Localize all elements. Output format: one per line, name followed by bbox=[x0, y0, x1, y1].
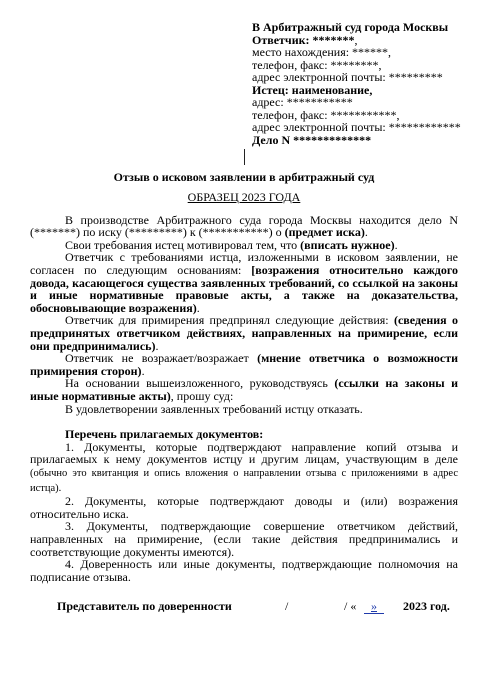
signature-label: Представитель по доверенности bbox=[57, 600, 232, 613]
attachment-item: 4. Доверенность или иные документы, подт… bbox=[30, 558, 458, 583]
attachment-item: 3. Документы, подтверждающие совершение … bbox=[30, 520, 458, 558]
text-run: Дело N ************* bbox=[252, 133, 371, 147]
paragraph: Ответчик с требованиями истца, изложенны… bbox=[30, 251, 458, 314]
attachment-item: 2. Документы, которые подтверждают довод… bbox=[30, 495, 458, 520]
text-cursor-mark bbox=[244, 149, 245, 165]
recipient-line: Дело N ************* bbox=[252, 134, 458, 147]
date-blank-mark: » bbox=[364, 600, 384, 614]
text-run: В удовлетворении заявленных требований и… bbox=[65, 402, 363, 416]
signature-year: 2023 год. bbox=[403, 600, 450, 613]
court-recipient-block: В Арбитражный суд города МосквыОтветчик:… bbox=[252, 21, 458, 146]
signature-line: Представитель по доверенности / / « » 20… bbox=[30, 600, 458, 616]
signature-slash-2: / « bbox=[344, 600, 356, 613]
paragraph: В удовлетворении заявленных требований и… bbox=[30, 403, 458, 416]
paragraph: На основании вышеизложенного, руководств… bbox=[30, 377, 458, 402]
paragraph: Ответчик не возражает/возражает (мнение … bbox=[30, 352, 458, 377]
text-run: 2. Документы, которые подтверждают довод… bbox=[30, 494, 458, 521]
paragraph: В производстве Арбитражного суда города … bbox=[30, 214, 458, 239]
attachments-list: 1. Документы, которые подтверждают напра… bbox=[30, 441, 458, 584]
body-paragraphs: В производстве Арбитражного суда города … bbox=[30, 214, 458, 416]
document-title: Отзыв о исковом заявлении в арбитражный … bbox=[30, 171, 458, 184]
text-run: 1. Документы, которые подтверждают напра… bbox=[30, 440, 458, 467]
document-page: В Арбитражный суд города МосквыОтветчик:… bbox=[0, 0, 488, 687]
document-subtitle: ОБРАЗЕЦ 2023 ГОДА bbox=[30, 191, 458, 204]
signature-slash-1: / bbox=[285, 600, 288, 613]
text-run: (обычно это квитанция и опись вложения о… bbox=[30, 468, 458, 494]
paragraph: Ответчик для примирения предпринял следу… bbox=[30, 314, 458, 352]
text-run: 3. Документы, подтверждающие совершение … bbox=[30, 519, 458, 558]
text-run: В производстве Арбитражного суда города … bbox=[30, 213, 458, 240]
text-run: 4. Доверенность или иные документы, подт… bbox=[30, 557, 458, 584]
attachment-item: 1. Документы, которые подтверждают напра… bbox=[30, 441, 458, 495]
